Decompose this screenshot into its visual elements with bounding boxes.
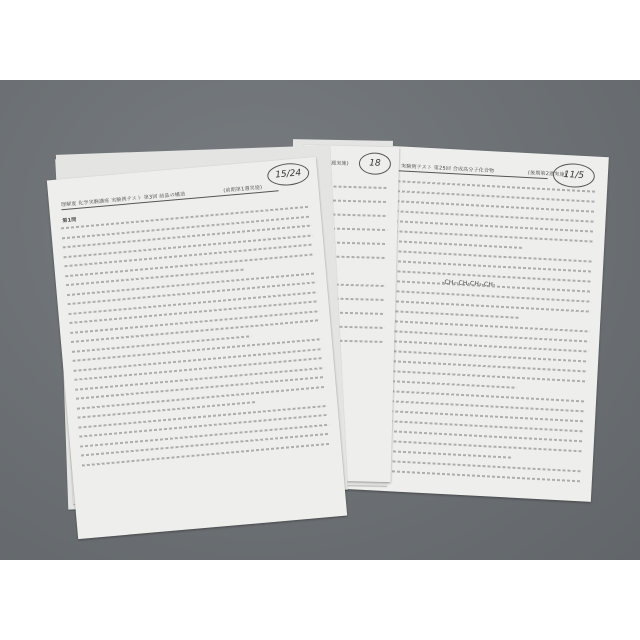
text-line — [72, 335, 251, 353]
text-line — [82, 442, 331, 466]
right-handwritten-score: 11/5 — [552, 162, 595, 188]
left-handwritten-score: 15/24 — [266, 162, 310, 188]
left-exam-sheet: 理解度 化学実験講座 実験例テスト 第3回 結晶の構造 (前期第1週実施) 第1… — [47, 157, 347, 539]
text-line — [78, 401, 257, 419]
text-line — [66, 268, 245, 286]
photo: 化学実験講座 実験例テスト 第25回 合成高分子化合物 (後期第2週実施) 11… — [0, 80, 640, 560]
middle-handwritten-score: 18 — [359, 152, 392, 175]
left-sheet-section: 第1問 — [62, 216, 77, 224]
